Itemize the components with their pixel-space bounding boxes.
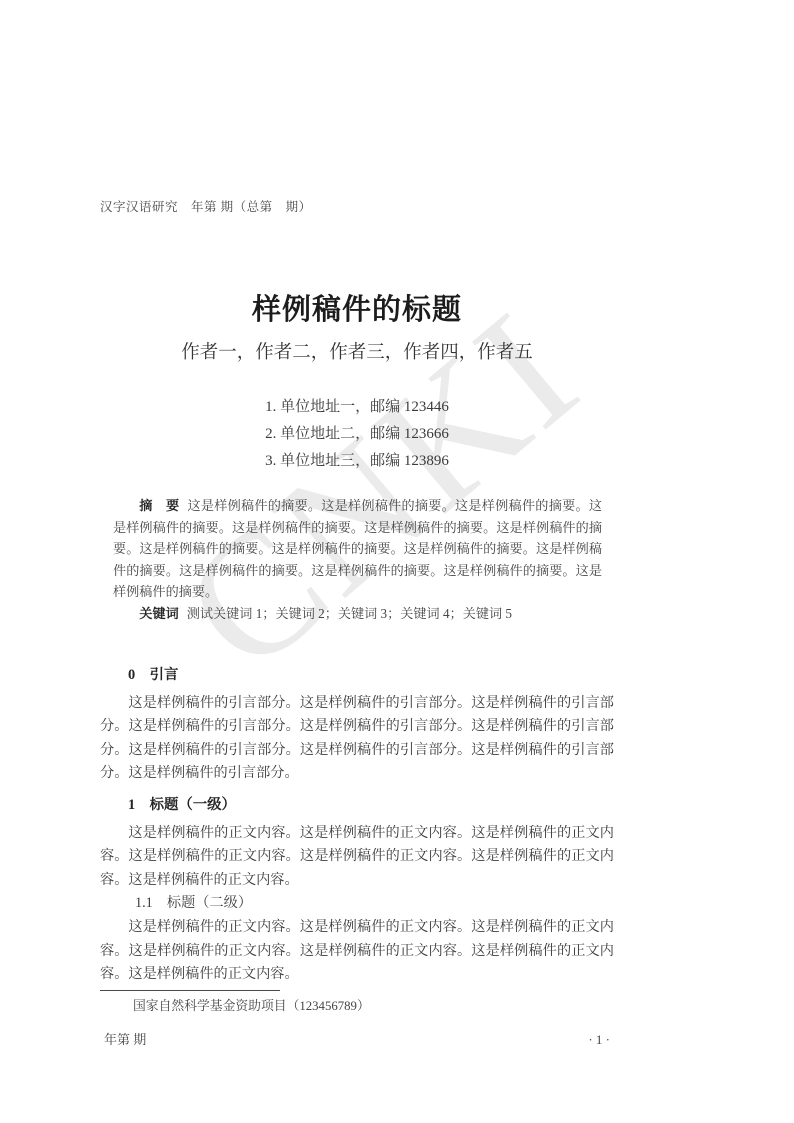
section-heading-1: 1 标题（一级） <box>100 794 614 818</box>
affiliation-inner: 1. 单位地址一，邮编 123446 2. 单位地址二，邮编 123666 3.… <box>265 394 449 475</box>
section-body-1: 这是样例稿件的正文内容。这是样例稿件的正文内容。这是样例稿件的正文内容。这是样例… <box>100 822 614 893</box>
affiliation-list: 1. 单位地址一，邮编 123446 2. 单位地址二，邮编 123666 3.… <box>100 394 614 475</box>
document-page: { "page": { "watermark": "CNKI", "journa… <box>0 0 794 1123</box>
page-number: · 1 · <box>588 1031 614 1049</box>
journal-header: 汉字汉语研究 年第 期（总第 期） <box>100 199 312 216</box>
keywords-label: 关键词 <box>139 606 178 621</box>
keywords-paragraph: 关键词测试关键词 1；关键词 2；关键词 3；关键词 4；关键词 5 <box>113 603 602 625</box>
page-footer: 年第 期 · 1 · <box>100 1031 614 1049</box>
footnote-divider <box>100 990 280 991</box>
abstract-text: 这是样例稿件的摘要。这是样例稿件的摘要。这是样例稿件的摘要。这是样例稿件的摘要。… <box>113 498 602 599</box>
section-body-0: 这是样例稿件的引言部分。这是样例稿件的引言部分。这是样例稿件的引言部分。这是样例… <box>100 692 614 786</box>
affiliation-item: 1. 单位地址一，邮编 123446 <box>265 394 449 421</box>
cnki-watermark-text: CNKI <box>146 271 615 710</box>
affiliation-item: 3. 单位地址三，邮编 123896 <box>265 448 449 475</box>
main-content: 0 引言 这是样例稿件的引言部分。这是样例稿件的引言部分。这是样例稿件的引言部分… <box>100 664 614 987</box>
footnote-text: 国家自然科学基金资助项目（123456789） <box>100 997 614 1015</box>
abstract-label: 摘 要 <box>139 498 179 513</box>
abstract-section: 摘 要这是样例稿件的摘要。这是样例稿件的摘要。这是样例稿件的摘要。这是样例稿件的… <box>113 495 602 625</box>
author-line: 作者一，作者二，作者三，作者四，作者五 <box>100 340 614 367</box>
keywords-text: 测试关键词 1；关键词 2；关键词 3；关键词 4；关键词 5 <box>187 606 512 621</box>
abstract-paragraph: 摘 要这是样例稿件的摘要。这是样例稿件的摘要。这是样例稿件的摘要。这是样例稿件的… <box>113 495 602 603</box>
section-heading-0: 0 引言 <box>100 664 614 688</box>
section-body-1-1: 这是样例稿件的正文内容。这是样例稿件的正文内容。这是样例稿件的正文内容。这是样例… <box>100 916 614 987</box>
paper-title: 样例稿件的标题 <box>100 290 614 330</box>
affiliation-item: 2. 单位地址二，邮编 123666 <box>265 421 449 448</box>
footer-issue-label: 年第 期 <box>100 1031 146 1049</box>
section-heading-1-1: 1.1 标题（二级） <box>100 892 614 916</box>
